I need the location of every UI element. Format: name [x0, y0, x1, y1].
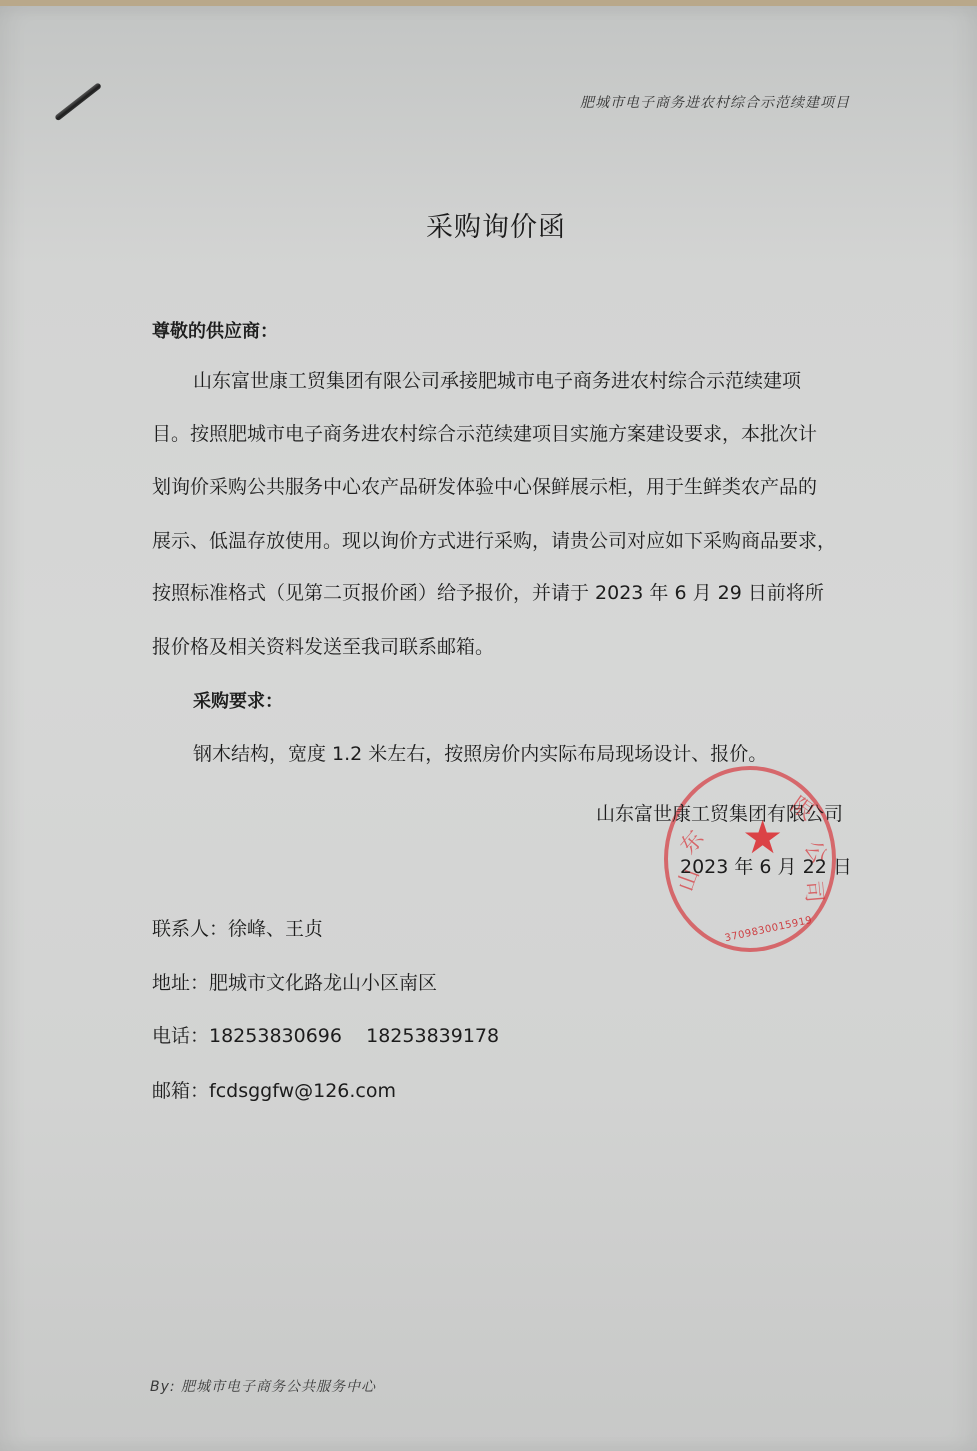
body-line: 山东富世康工贸集团有限公司承接肥城市电子商务进农村综合示范续建项: [193, 366, 801, 393]
body-line: 报价格及相关资料发送至我司联系邮箱。: [152, 632, 494, 659]
footer-by-note: By: 肥城市电子商务公共服务中心: [150, 1376, 376, 1396]
requirements-heading: 采购要求：: [193, 687, 283, 713]
pen-mark-icon: [54, 82, 102, 121]
page-title: 采购询价函: [426, 205, 566, 244]
body-line: 目。按照肥城市电子商务进农村综合示范续建项目实施方案建设要求，本批次计: [152, 419, 817, 446]
greeting: 尊敬的供应商：: [152, 317, 278, 343]
document-page: 肥城市电子商务进农村综合示范续建项目 采购询价函 尊敬的供应商： 山东富世康工贸…: [0, 6, 977, 1451]
signature-date: 2023 年 6 月 22 日: [680, 852, 852, 879]
contact-email: 邮箱：fcdsggfw@126.com: [152, 1076, 396, 1103]
requirements-text: 钢木结构，宽度 1.2 米左右，按照房价内实际布局现场设计、报价。: [193, 739, 767, 766]
body-line: 按照标准格式（见第二页报价函）给予报价，并请于 2023 年 6 月 29 日前…: [152, 578, 824, 605]
signature-company: 山东富世康工贸集团有限公司: [596, 799, 843, 826]
contact-phone: 电话：18253830696 18253839178: [152, 1021, 499, 1048]
project-header-note: 肥城市电子商务进农村综合示范续建项目: [580, 92, 850, 112]
contact-address: 地址：肥城市文化路龙山小区南区: [152, 968, 437, 995]
body-line: 展示、低温存放使用。现以询价方式进行采购，请贵公司对应如下采购商品要求，: [152, 526, 836, 553]
contact-person: 联系人：徐峰、王贞: [152, 914, 323, 941]
seal-arc-char: 司: [799, 879, 832, 904]
body-line: 划询价采购公共服务中心农产品研发体验中心保鲜展示柜，用于生鲜类农产品的: [152, 472, 817, 499]
